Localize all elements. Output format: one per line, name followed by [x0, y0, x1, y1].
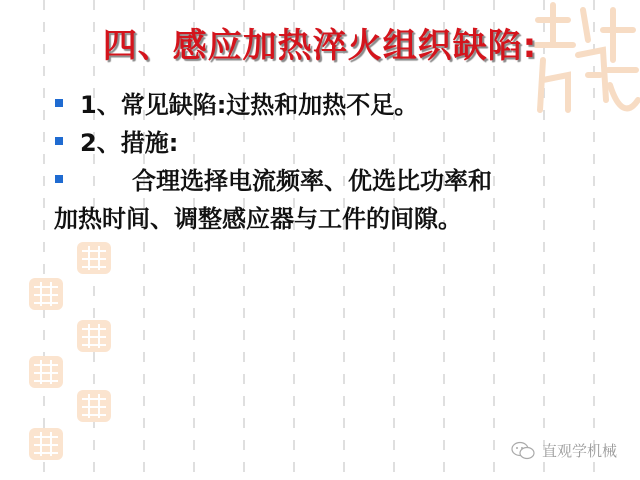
item-text: 1、常见缺陷:过热和加热不足。: [80, 91, 418, 119]
seal-stamp-decoration: [29, 428, 63, 460]
seal-stamp-decoration: [77, 242, 111, 274]
square-bullet-icon: [55, 99, 63, 107]
bullet-list: 1、常见缺陷:过热和加热不足。 2、措施: 合理选择电流频率、优选比功率和 加热…: [52, 86, 612, 238]
seal-stamp-decoration: [29, 278, 63, 310]
seal-stamp-decoration: [29, 356, 63, 388]
watermark: 直观学机械: [510, 440, 617, 461]
watermark-text: 直观学机械: [542, 440, 617, 461]
item-text-line1: 合理选择电流频率、优选比功率和: [132, 167, 492, 195]
slide-title: 四、感应加热淬火组织缺陷:: [0, 18, 640, 67]
item-text-line2: 加热时间、调整感应器与工件的间隙。: [54, 200, 612, 238]
square-bullet-icon: [55, 175, 63, 183]
wechat-icon: [510, 441, 536, 461]
list-item: 合理选择电流频率、优选比功率和 加热时间、调整感应器与工件的间隙。: [52, 162, 612, 238]
list-item: 1、常见缺陷:过热和加热不足。: [52, 86, 612, 124]
list-item: 2、措施:: [52, 124, 612, 162]
item-text: 2、措施:: [80, 129, 178, 157]
seal-stamp-decoration: [77, 390, 111, 422]
seal-stamp-decoration: [77, 320, 111, 352]
square-bullet-icon: [55, 137, 63, 145]
